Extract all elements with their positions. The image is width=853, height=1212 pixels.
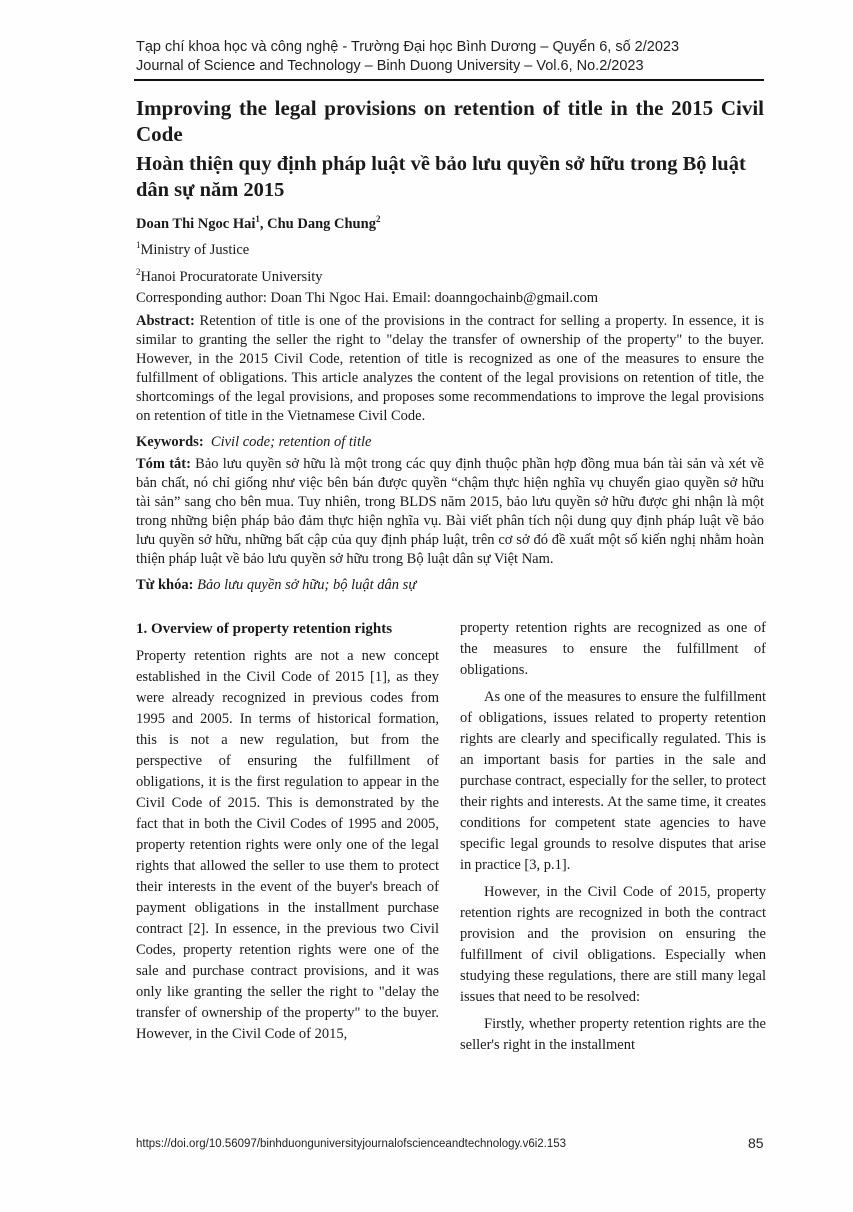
body-column-left: 1. Overview of property retention rights… [136,618,439,1051]
journal-header-vi: Tạp chí khoa học và công nghệ - Trường Đ… [136,38,766,57]
journal-header-en: Journal of Science and Technology – Binh… [136,57,766,76]
body-paragraph: As one of the measures to ensure the ful… [460,687,766,876]
abstract: Abstract: Retention of title is one of t… [136,312,764,426]
author-name: Doan Thi Ngoc Hai [136,216,255,232]
keywords: Keywords: Civil code; retention of title [136,432,764,452]
affiliation-name: Ministry of Justice [141,242,250,258]
abstract-vi-text: Bảo lưu quyền sở hữu là một trong các qu… [136,456,764,567]
author-name: Chu Dang Chung [267,216,376,232]
affiliation: 1Ministry of Justice [136,234,764,261]
keywords-vi-text: Bảo lưu quyền sở hữu; bộ luật dân sự [197,577,416,593]
body-column-right: property retention rights are recognized… [460,618,766,1062]
author-list: Doan Thi Ngoc Hai1, Chu Dang Chung2 [136,209,764,234]
affiliation-name: Hanoi Procuratorate University [141,268,323,284]
section-heading: 1. Overview of property retention rights [136,618,439,640]
article-title-vi: Hoàn thiện quy định pháp luật về bảo lưu… [136,151,764,203]
body-paragraph: However, in the Civil Code of 2015, prop… [460,882,766,1008]
body-paragraph: Property retention rights are not a new … [136,646,439,1045]
paper-page: Tạp chí khoa học và công nghệ - Trường Đ… [0,0,853,1212]
article-title-en: Improving the legal provisions on retent… [136,95,764,147]
abstract-label: Abstract: [136,313,195,329]
header-divider [134,79,764,81]
author-affil-sup: 2 [376,214,381,224]
doi-link[interactable]: https://doi.org/10.56097/binhduonguniver… [136,1138,566,1150]
body-paragraph: Firstly, whether property retention righ… [460,1014,766,1056]
abstract-vi: Tóm tắt: Bảo lưu quyền sở hữu là một tro… [136,455,764,569]
corresponding-author: Corresponding author: Doan Thi Ngoc Hai.… [136,287,764,309]
affiliation: 2Hanoi Procuratorate University [136,261,764,288]
page-number: 85 [748,1135,764,1151]
keywords-text: Civil code; retention of title [211,434,372,450]
keywords-vi-label: Từ khóa: [136,577,193,593]
journal-header: Tạp chí khoa học và công nghệ - Trường Đ… [136,38,766,76]
body-paragraph: property retention rights are recognized… [460,618,766,681]
abstract-vi-label: Tóm tắt: [136,456,191,472]
keywords-vi: Từ khóa: Bảo lưu quyền sở hữu; bộ luật d… [136,575,764,595]
keywords-label: Keywords: [136,434,204,450]
article-front-matter: Improving the legal provisions on retent… [136,95,764,595]
abstract-text: Retention of title is one of the provisi… [136,313,764,424]
